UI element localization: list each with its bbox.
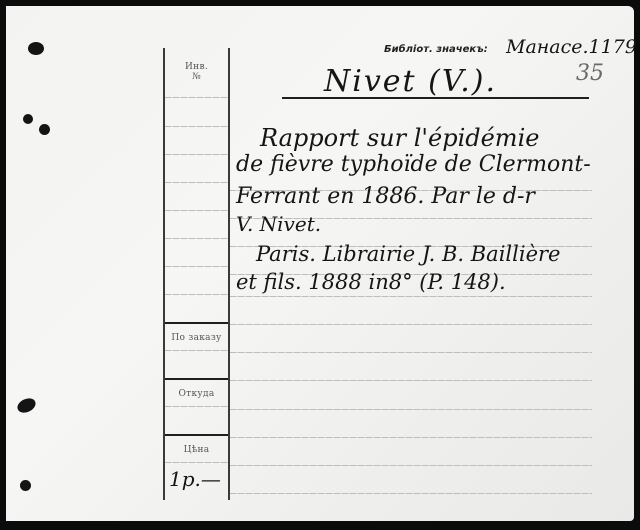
pencil-number: 35 [576, 61, 604, 86]
by-order-label: По заказу [165, 333, 228, 343]
entry-line-2: de fièvre typhoïde de Clermont- [236, 152, 591, 177]
row-line [165, 238, 228, 239]
punch-hole [15, 396, 38, 416]
row-line [165, 210, 228, 211]
ruled-line [230, 437, 592, 438]
row-line [165, 406, 228, 407]
catalog-card: Инв. № По заказу Откуда Цѣна 1р.— Библiо… [6, 6, 634, 521]
row-line [165, 462, 228, 463]
entry-line-6: et fils. 1888 in8° (P. 148). [236, 270, 506, 294]
section-divider [165, 322, 228, 324]
row-line [165, 97, 228, 98]
author-underline [282, 97, 589, 99]
row-line [165, 294, 228, 295]
shelfmark-value: Манасе.11797 [506, 36, 640, 58]
row-line [165, 350, 228, 351]
inventory-label: Инв. № [165, 62, 228, 82]
column-border-left [163, 48, 165, 500]
punch-hole [28, 42, 44, 55]
punch-hole [39, 124, 50, 135]
shelfmark-label: Библiот. значекъ: [384, 44, 488, 55]
ruled-line [230, 409, 592, 410]
ruled-line [230, 352, 592, 353]
source-label: Откуда [165, 389, 228, 399]
ruled-line [230, 465, 592, 466]
row-line [165, 266, 228, 267]
row-line [165, 154, 228, 155]
punch-hole [20, 480, 31, 491]
entry-line-4: V. Nivet. [236, 212, 321, 236]
ruled-line [230, 493, 592, 494]
ruled-line [230, 380, 592, 381]
price-label: Цѣна [165, 445, 228, 455]
row-line [165, 126, 228, 127]
row-line [165, 182, 228, 183]
ruled-line [230, 296, 592, 297]
section-divider [165, 378, 228, 380]
entry-line-1: Rapport sur l'épidémie [260, 124, 539, 152]
inventory-number-sign: № [165, 72, 228, 82]
entry-line-3: Ferrant en 1886. Par le d-r [236, 184, 535, 209]
punch-hole [23, 114, 33, 124]
section-divider [165, 434, 228, 436]
entry-line-5: Paris. Librairie J. B. Baillière [256, 242, 560, 266]
ruled-line [230, 324, 592, 325]
inventory-label-text: Инв. [165, 62, 228, 72]
author-heading: Nivet (V.). [324, 64, 497, 99]
price-value: 1р.— [169, 467, 221, 491]
